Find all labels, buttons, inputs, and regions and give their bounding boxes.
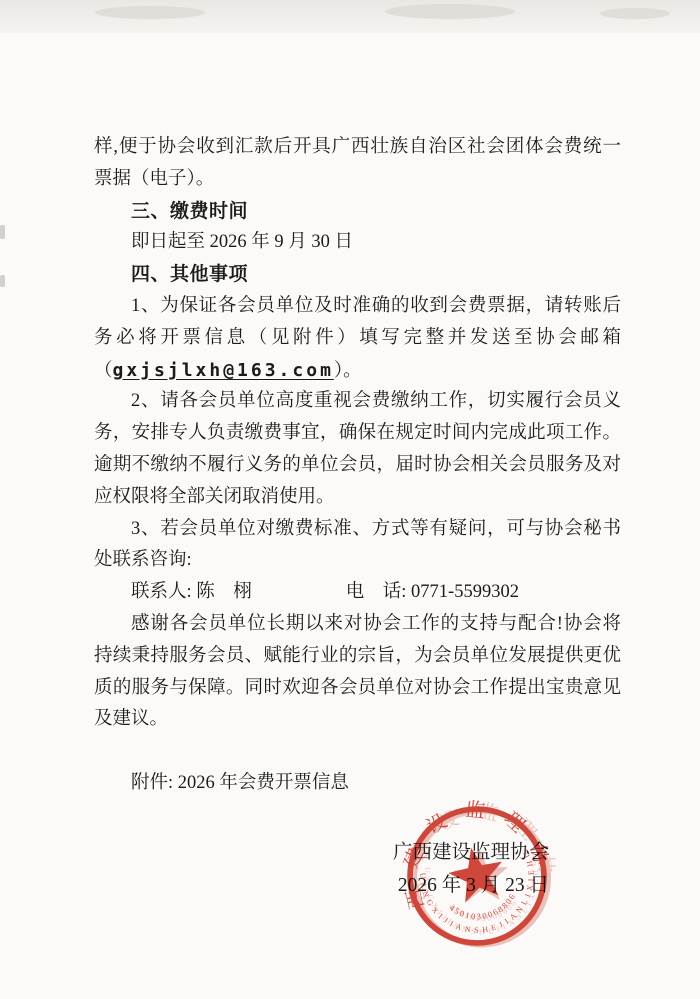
email-open-paren: （ <box>94 361 113 381</box>
scan-artifact <box>600 8 670 19</box>
contact-phone: 电 话: 0771-5599302 <box>346 582 519 602</box>
scan-artifact <box>95 6 205 19</box>
thanks-line-2: 持续秉持服务会员、赋能行业的宗旨，为会员单位发展提供更优 <box>94 641 621 673</box>
payment-deadline-line: 即日起至 2026 年 9 月 30 日 <box>94 227 621 259</box>
scan-artifact <box>0 225 5 239</box>
line-continuation-1: 样,便于协会收到汇款后开具广西壮族自治区社会团体会费统一 <box>94 132 621 164</box>
attachment-line: 附件: 2026 年会费开票信息 <box>94 768 621 800</box>
thanks-line-4: 及建议。 <box>94 704 621 736</box>
item-1-line-1: 1、为保证各会员单位及时准确的收到会费票据，请转账后 <box>94 291 621 323</box>
item-2-line-4: 应权限将全部关闭取消使用。 <box>94 482 621 514</box>
section-3-heading: 三、缴费时间 <box>94 196 621 228</box>
association-email: gxjsjlxh@163.com <box>113 360 334 381</box>
scan-artifact <box>0 275 5 287</box>
line-continuation-2: 票据（电子）。 <box>94 164 621 196</box>
email-close-paren: ）。 <box>334 361 362 381</box>
document-body: 样,便于协会收到汇款后开具广西壮族自治区社会团体会费统一 票据（电子）。 三、缴… <box>94 132 621 800</box>
section-4-heading: 四、其他事项 <box>94 259 621 291</box>
item-1-line-2: 务必将开票信息（见附件）填写完整并发送至协会邮箱 <box>94 323 621 355</box>
scan-edge-shadow <box>0 0 700 33</box>
item-2-line-2: 务，安排专人负责缴费事宜，确保在规定时间内完成此项工作。 <box>94 418 621 450</box>
scanned-document-page: 样,便于协会收到汇款后开具广西壮族自治区社会团体会费统一 票据（电子）。 三、缴… <box>0 0 700 999</box>
contact-line: 联系人: 陈 栩电 话: 0771-5599302 <box>94 577 621 609</box>
item-3-line-1: 3、若会员单位对缴费标准、方式等有疑问，可与协会秘书 <box>94 514 621 546</box>
item-3-line-2: 处联系咨询: <box>94 545 621 577</box>
thanks-line-1: 感谢各会员单位长期以来对协会工作的支持与配合!协会将 <box>94 609 621 641</box>
signature-org: 广西建设监理协会 <box>321 836 621 869</box>
scan-artifact <box>385 4 515 19</box>
signature-block: 广西建设监理协会 2026 年 3 月 23 日 <box>321 836 621 902</box>
email-line: （gxjsjlxh@163.com）。 <box>94 355 621 387</box>
thanks-line-3: 质的服务与保障。同时欢迎各会员单位对协会工作提出宝贵意见 <box>94 673 621 705</box>
contact-person: 联系人: 陈 栩 <box>131 582 252 602</box>
signature-date: 2026 年 3 月 23 日 <box>321 869 621 902</box>
item-2-line-3: 逾期不缴纳不履行义务的单位会员，届时协会相关会员服务及对 <box>94 450 621 482</box>
item-2-line-1: 2、请各会员单位高度重视会费缴纳工作，切实履行会员义 <box>94 386 621 418</box>
